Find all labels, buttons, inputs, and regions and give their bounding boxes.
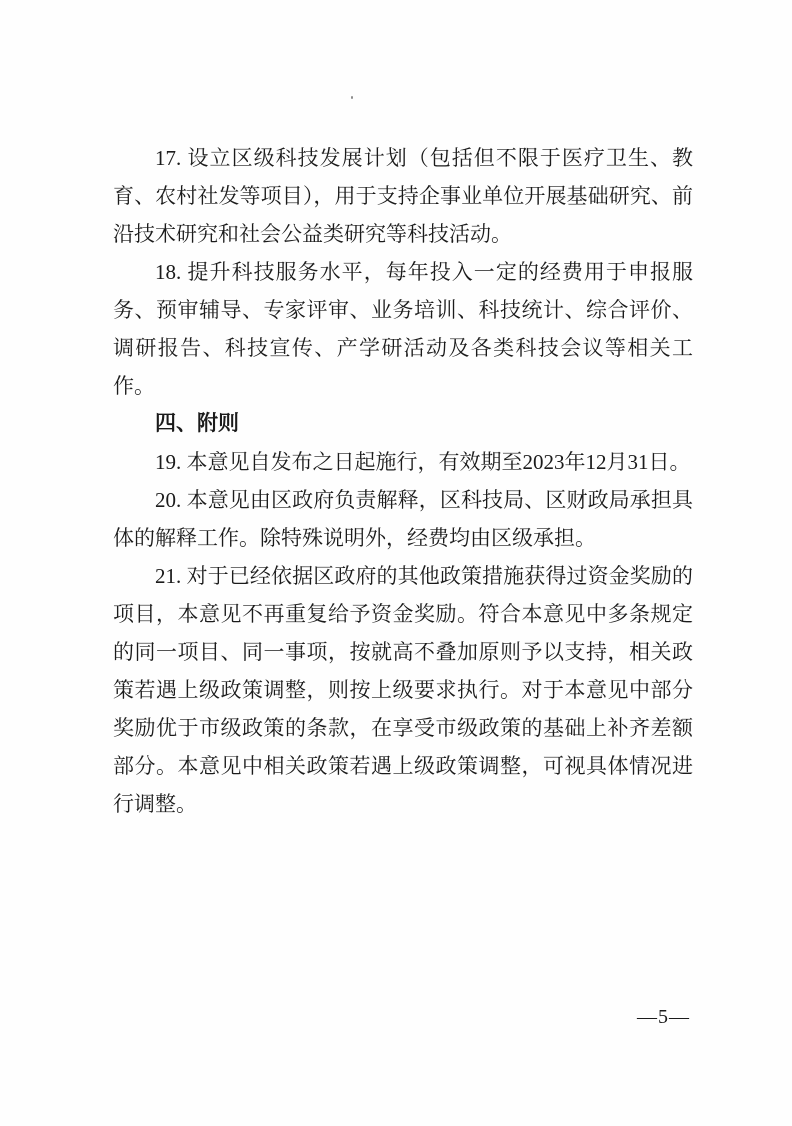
document-page: 17. 设立区级科技发展计划（包括但不限于医疗卫生、教育、农村社发等项目），用于…	[0, 0, 792, 1126]
paragraph-21: 21. 对于已经依据区政府的其他政策措施获得过资金奖励的项目，本意见不再重复给予…	[113, 557, 693, 823]
document-body: 17. 设立区级科技发展计划（包括但不限于医疗卫生、教育、农村社发等项目），用于…	[113, 139, 693, 823]
paragraph-17: 17. 设立区级科技发展计划（包括但不限于医疗卫生、教育、农村社发等项目），用于…	[113, 139, 693, 253]
scan-speck-artifact	[351, 96, 353, 99]
paragraph-19: 19. 本意见自发布之日起施行，有效期至2023年12月31日。	[113, 443, 693, 481]
page-number: —5—	[637, 1006, 690, 1029]
paragraph-18: 18. 提升科技服务水平，每年投入一定的经费用于申报服务、预审辅导、专家评审、业…	[113, 253, 693, 405]
section-heading-supplementary-provisions: 四、附则	[113, 405, 693, 443]
paragraph-20: 20. 本意见由区政府负责解释，区科技局、区财政局承担具体的解释工作。除特殊说明…	[113, 481, 693, 557]
